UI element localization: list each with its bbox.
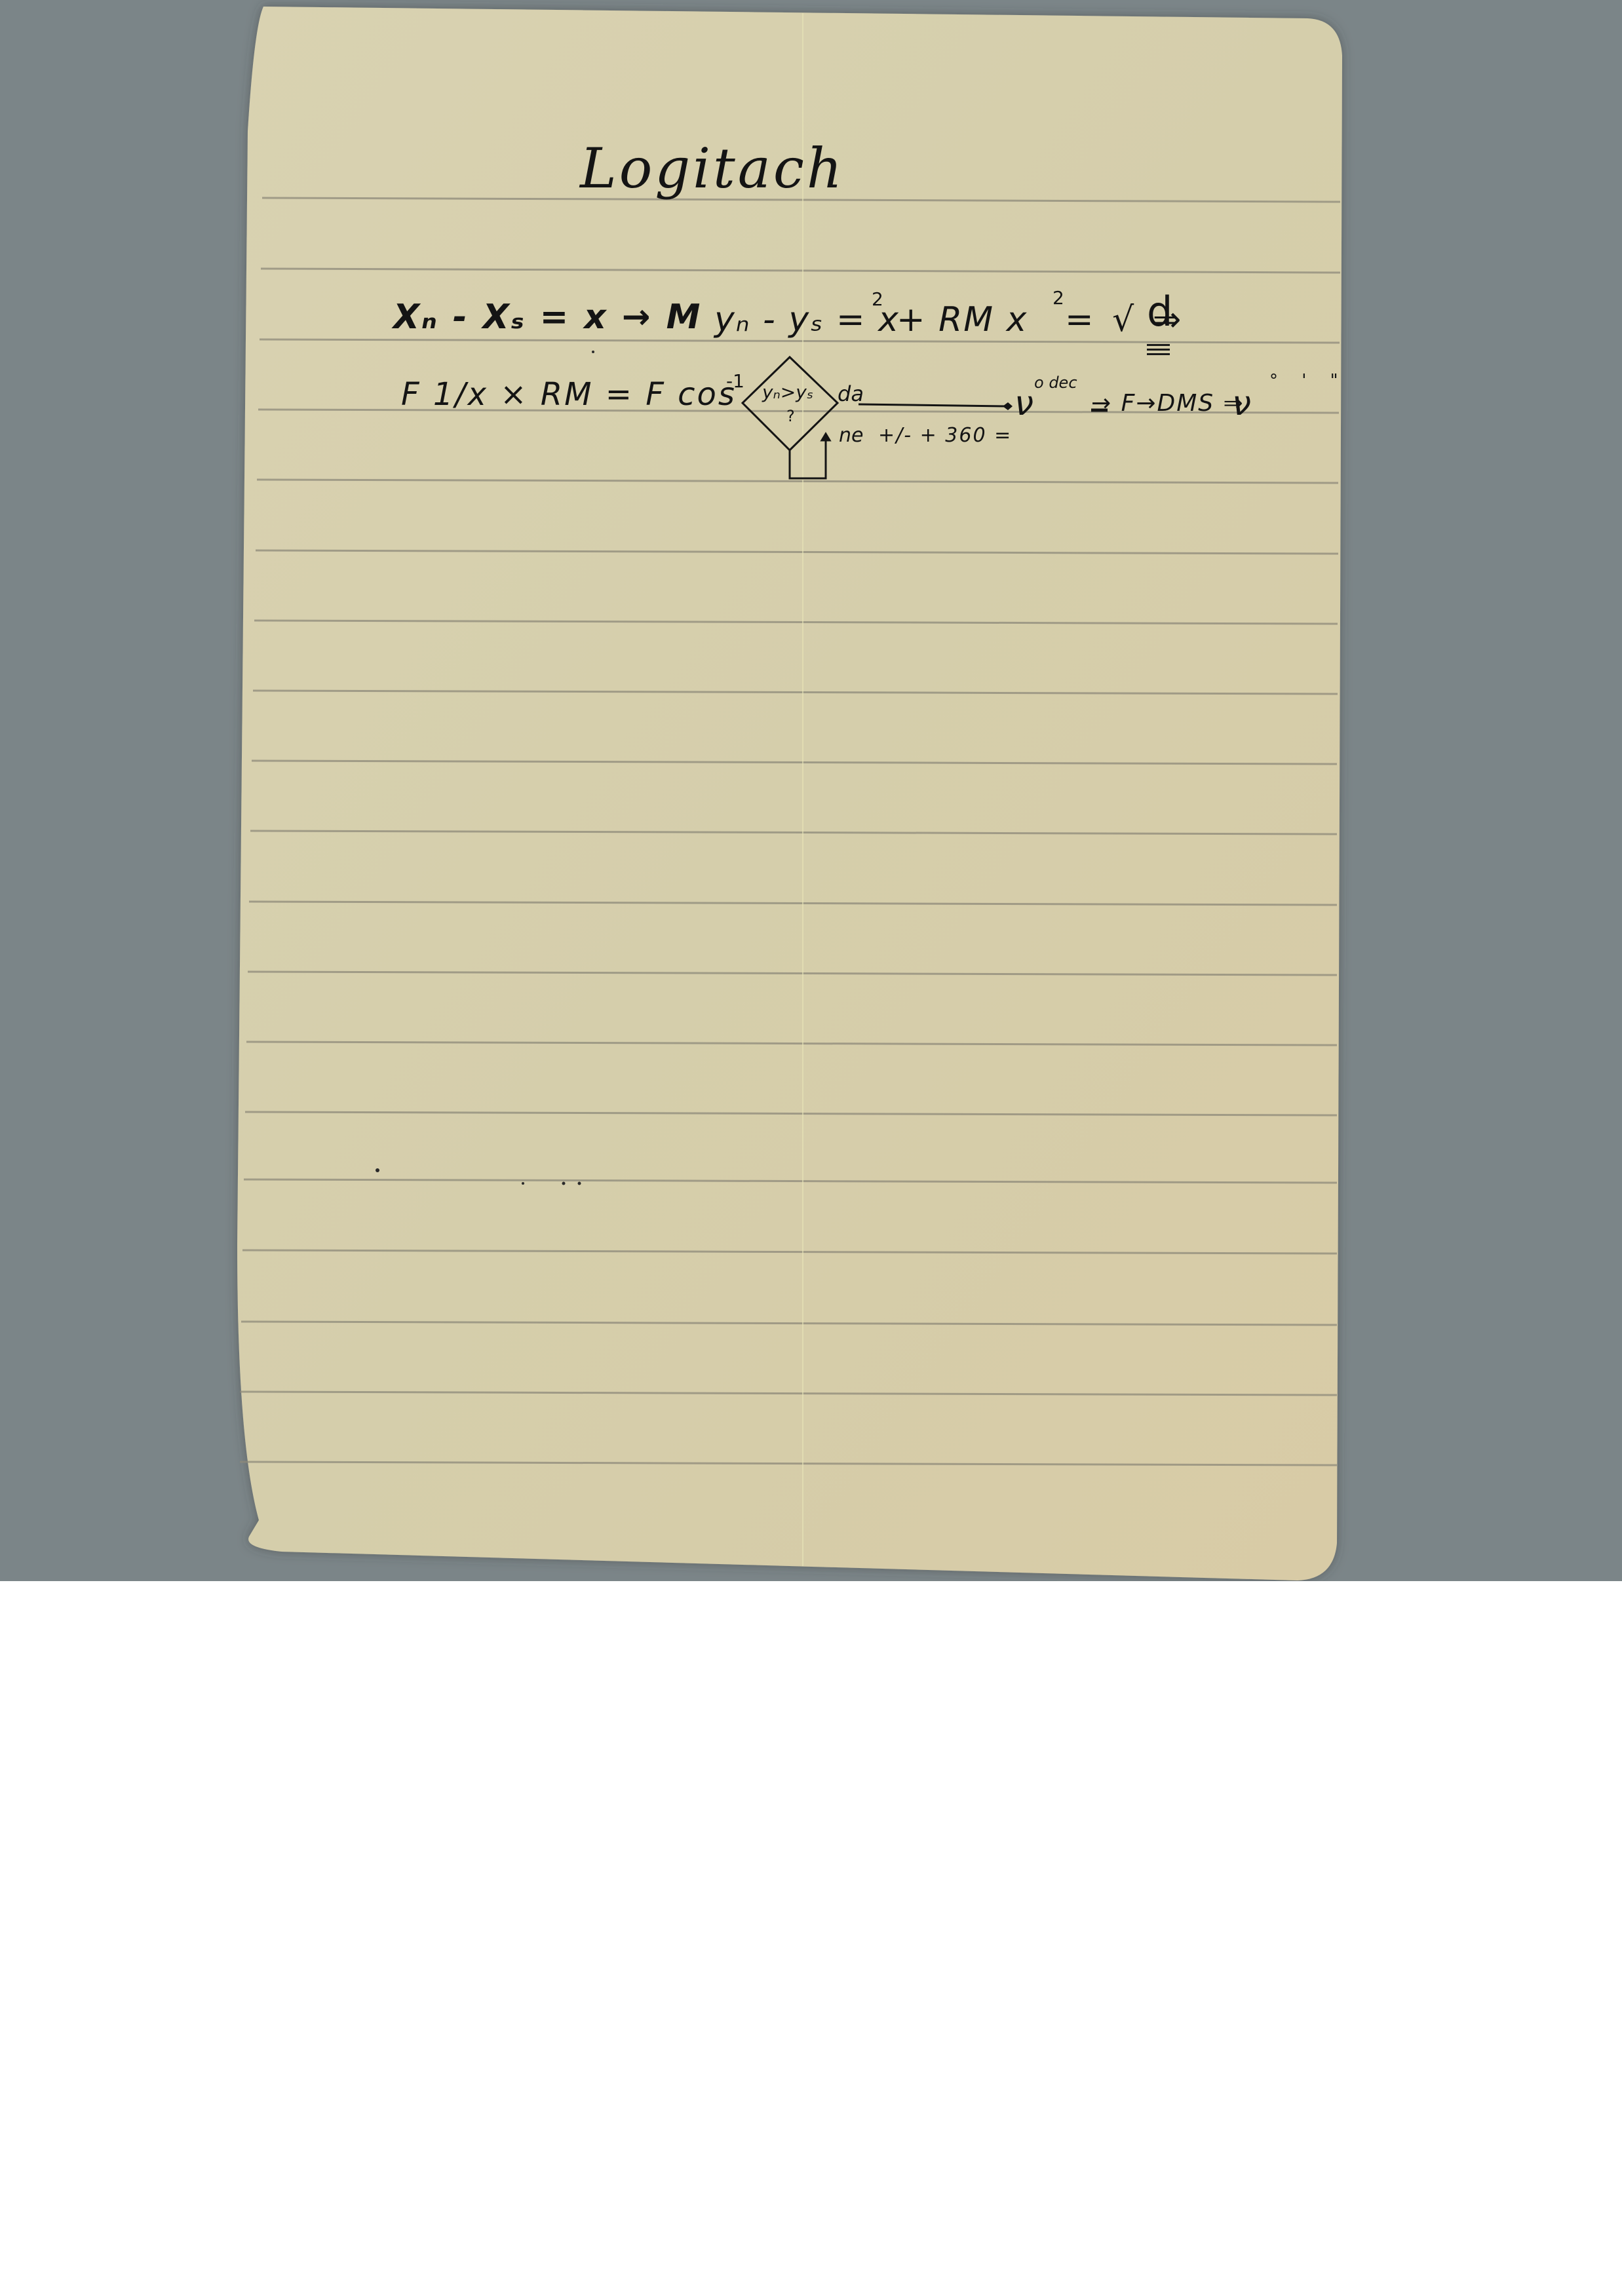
page-title: Logitach bbox=[580, 141, 845, 196]
decision-no-label: ne bbox=[839, 426, 863, 446]
decision-question-mark: ? bbox=[786, 408, 795, 424]
angle-symbol-decimal: ν bbox=[1014, 387, 1033, 421]
superscript-minus-1: -1 bbox=[726, 370, 744, 392]
superscript-2b: 2 bbox=[1052, 287, 1064, 309]
superscript-2: 2 bbox=[872, 288, 883, 310]
dms-units-label: ° ' " bbox=[1269, 372, 1347, 389]
angle-decimal-label: o dec bbox=[1034, 375, 1077, 391]
dms-conversion: → F→DMS ⇒ bbox=[1091, 392, 1245, 415]
equation-x-difference: Xₙ - Xₛ = x → M bbox=[393, 300, 702, 334]
result-underline-2 bbox=[1147, 349, 1170, 351]
decision-condition: yₙ>yₛ bbox=[762, 383, 813, 402]
result-underline-3 bbox=[1147, 353, 1170, 355]
decision-yes-label: da bbox=[838, 383, 864, 404]
decision-no-action: +/- + 360 = bbox=[878, 426, 1012, 446]
angle-symbol-dms: ν bbox=[1232, 387, 1251, 421]
notebook-page bbox=[0, 0, 1622, 1581]
equation-angle: F 1/x × RM = F cos bbox=[401, 379, 737, 410]
equation-rm-x: + RM x bbox=[897, 303, 1028, 337]
result-underline-1 bbox=[1147, 344, 1170, 346]
distance-result: d bbox=[1147, 292, 1172, 332]
